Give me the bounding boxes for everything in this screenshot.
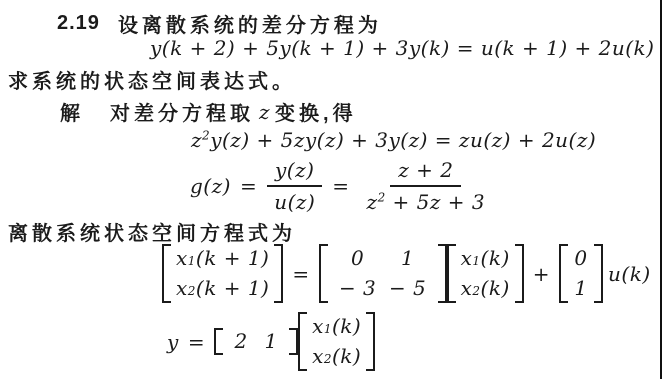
state-plus: + [533, 262, 550, 286]
tf-fraction-yz-uz: y(z) u(z) [266, 158, 323, 214]
tf-frac2-den-exponent: 2 [378, 190, 386, 204]
a-matrix: 0 1 − 3 − 5 [319, 244, 447, 303]
c-matrix-row: 2 1 [226, 330, 286, 353]
left-bracket-icon [214, 328, 223, 355]
b-vector-cell: 0 [573, 247, 589, 270]
tf-frac2-denominator: z2 + 5z + 3 [359, 187, 494, 214]
problem-question-text: 求系统的状态空间表达式。 [8, 65, 296, 94]
state-var: x [176, 247, 188, 270]
a-matrix-cell: 1 [383, 247, 433, 270]
tf-frac2-den-rest: + 5z + 3 [386, 190, 485, 214]
right-bracket-icon [366, 312, 375, 371]
state-var: x [312, 315, 324, 338]
tf-fraction-polynomial: z + 2 z2 + 5z + 3 [359, 158, 494, 214]
z-transform-equation-text: z2y(z) + 5zy(z) + 3y(z) = zu(z) + 2u(z) [191, 128, 596, 152]
tf-frac1-denominator: u(z) [266, 187, 323, 214]
a-matrix-cell: − 3 [333, 277, 383, 300]
page-edge-scan-line [660, 0, 662, 379]
a-matrix-row-2: − 3 − 5 [333, 277, 433, 300]
state-vector-matrix: x1(k) x2(k) [447, 244, 524, 303]
state-var: x [312, 345, 324, 368]
state-var-argument: (k + 1) [196, 277, 269, 300]
state-var: x [461, 247, 473, 270]
state-row-2: x2(k) [312, 345, 361, 368]
difference-equation-text: y(k + 2) + 5y(k + 1) + 3y(k) = u(k + 1) … [150, 36, 654, 60]
problem-question: 求系统的状态空间表达式。 [8, 65, 296, 94]
state-vector-output-matrix: x1(k) x2(k) [298, 312, 375, 371]
left-bracket-icon [162, 244, 171, 303]
tf-frac1-numerator: y(z) [267, 158, 322, 187]
c-matrix: 2 1 [214, 328, 298, 355]
solution-step: 解 对差分方程取 z 变换,得 [60, 97, 357, 126]
state-row-1: x1(k) [461, 247, 510, 270]
tf-equals-1: = [240, 174, 257, 198]
solution-step-post: 变换,得 [275, 97, 357, 126]
left-bracket-icon [559, 244, 568, 303]
b-vector-cell: 1 [573, 277, 589, 300]
problem-heading: 2.19 设离散系统的差分方程为 [57, 9, 382, 38]
z-base: z [191, 128, 202, 152]
state-var: x [461, 277, 473, 300]
c-matrix-cell: 1 [256, 330, 286, 353]
tf-frac2-numerator: z + 2 [390, 158, 461, 187]
output-lhs: y [167, 330, 179, 354]
solution-label: 解 [60, 97, 84, 126]
b-vector-matrix: 0 1 [559, 244, 603, 303]
tf-lhs: g(z) [190, 174, 231, 198]
state-row-2: x2(k) [461, 277, 510, 300]
z-eq-rest: y(z) + 5zy(z) + 3y(z) = zu(z) + 2u(z) [210, 128, 596, 152]
state-var-argument: (k) [481, 277, 510, 300]
left-bracket-icon [298, 312, 307, 371]
right-bracket-icon [274, 244, 283, 303]
state-var-argument: (k) [332, 315, 361, 338]
tf-equals-2: = [332, 174, 349, 198]
right-bracket-icon [289, 328, 298, 355]
right-bracket-icon [438, 244, 447, 303]
state-var: x [176, 277, 188, 300]
textbook-page: 2.19 设离散系统的差分方程为 y(k + 2) + 5y(k + 1) + … [0, 0, 665, 379]
transfer-function: g(z) = y(z) u(z) = z + 2 z2 + 5z + 3 [190, 158, 493, 214]
z-transform-equation: z2y(z) + 5zy(z) + 3y(z) = zu(z) + 2u(z) [191, 128, 596, 152]
output-equation: y = 2 1 x1(k) x2(k) [167, 312, 375, 371]
state-row-1: x1(k) [312, 315, 361, 338]
state-var-argument: (k) [481, 247, 510, 270]
tf-frac2-den-base: z [367, 190, 378, 214]
state-var-argument: (k + 1) [196, 247, 269, 270]
state-space-heading-text: 离散系统状态空间方程式为 [8, 217, 296, 246]
left-bracket-icon [319, 244, 328, 303]
z-variable: z [259, 100, 270, 124]
state-equals: = [292, 262, 309, 286]
difference-equation: y(k + 2) + 5y(k + 1) + 3y(k) = u(k + 1) … [150, 36, 654, 60]
right-bracket-icon [515, 244, 524, 303]
problem-statement: 设离散系统的差分方程为 [118, 9, 382, 38]
a-matrix-cell: − 5 [383, 277, 433, 300]
state-next-row-2: x2(k + 1) [176, 277, 269, 300]
state-var-argument: (k) [332, 345, 361, 368]
solution-step-pre: 对差分方程取 [110, 97, 254, 126]
right-bracket-icon [594, 244, 603, 303]
input-signal: u(k) [608, 262, 651, 286]
z-exponent: 2 [202, 128, 210, 142]
state-next-row-1: x1(k + 1) [176, 247, 269, 270]
c-matrix-cell: 2 [226, 330, 256, 353]
state-vector-next-matrix: x1(k + 1) x2(k + 1) [162, 244, 283, 303]
a-matrix-cell: 0 [333, 247, 383, 270]
problem-number: 2.19 [57, 12, 100, 35]
state-space-heading: 离散系统状态空间方程式为 [8, 217, 296, 246]
state-equation: x1(k + 1) x2(k + 1) = 0 1 − 3 − 5 [162, 244, 651, 303]
output-equals: = [188, 330, 205, 354]
a-matrix-row-1: 0 1 [333, 247, 433, 270]
left-bracket-icon [447, 244, 456, 303]
